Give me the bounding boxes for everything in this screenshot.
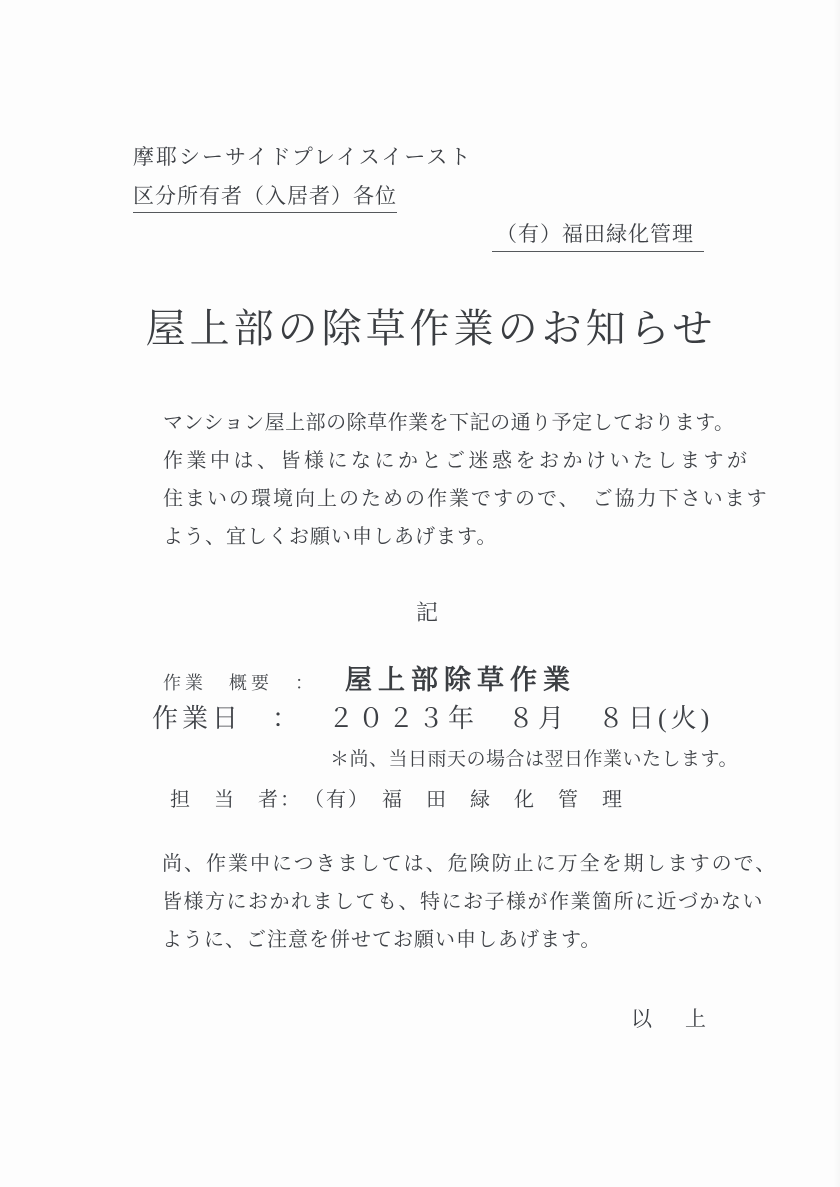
ki-record-marker: 記	[0, 596, 840, 627]
scanned-notice-document: 摩耶シーサイドプレイスイースト 区分所有者（入居者）各位 （有）福田緑化管理 屋…	[0, 0, 840, 1187]
intro-line-2: 作業中は、皆様になにかとご迷惑をおかけいたしますが	[163, 442, 723, 480]
work-date-value: ２０２３年 ８月 ８日(火)	[328, 698, 713, 735]
caution-line-2: 皆様方におかれましても、特にお子様が作業箇所に近づかない	[162, 883, 732, 921]
intro-line-1: マンション屋上部の除草作業を下記の通り予定しております。	[163, 404, 723, 442]
sender-company-name: （有）福田緑化管理	[492, 218, 704, 252]
caution-paragraph: 尚、作業中につきましては、危険防止に万全を期しますので、 皆様方におかれましても…	[162, 845, 732, 959]
recipient-building-name: 摩耶シーサイドプレイスイースト	[133, 141, 472, 171]
intro-line-3: 住まいの環境向上のための作業ですので、 ご協力下さいます	[163, 480, 723, 518]
closing-ijou: 以 上	[631, 1003, 712, 1033]
work-overview-row: 作業 概要 ： 屋上部除草作業	[163, 658, 576, 697]
work-overview-label: 作業 概要 ：	[163, 669, 317, 695]
work-overview-value: 屋上部除草作業	[345, 658, 576, 697]
person-in-charge-line: 担 当 者： （有） 福 田 緑 化 管 理	[170, 783, 624, 812]
recipient-salutation: 区分所有者（入居者）各位	[133, 180, 397, 213]
rain-postponement-note: ＊尚、当日雨天の場合は翌日作業いたします。	[330, 744, 738, 771]
intro-paragraph: マンション屋上部の除草作業を下記の通り予定しております。 作業中は、皆様になにか…	[163, 404, 723, 556]
work-date-row: 作業日 ： ２０２３年 ８月 ８日(火)	[152, 698, 713, 735]
scanner-edge-artifact	[834, 0, 840, 1187]
document-title: 屋上部の除草作業のお知らせ	[0, 297, 840, 354]
intro-line-4: よう、宜しくお願い申しあげます。	[163, 518, 723, 556]
caution-line-1: 尚、作業中につきましては、危険防止に万全を期しますので、	[162, 845, 732, 883]
caution-line-3: ように、ご注意を併せてお願い申しあげます。	[162, 921, 732, 959]
work-date-label: 作業日 ：	[152, 698, 302, 735]
